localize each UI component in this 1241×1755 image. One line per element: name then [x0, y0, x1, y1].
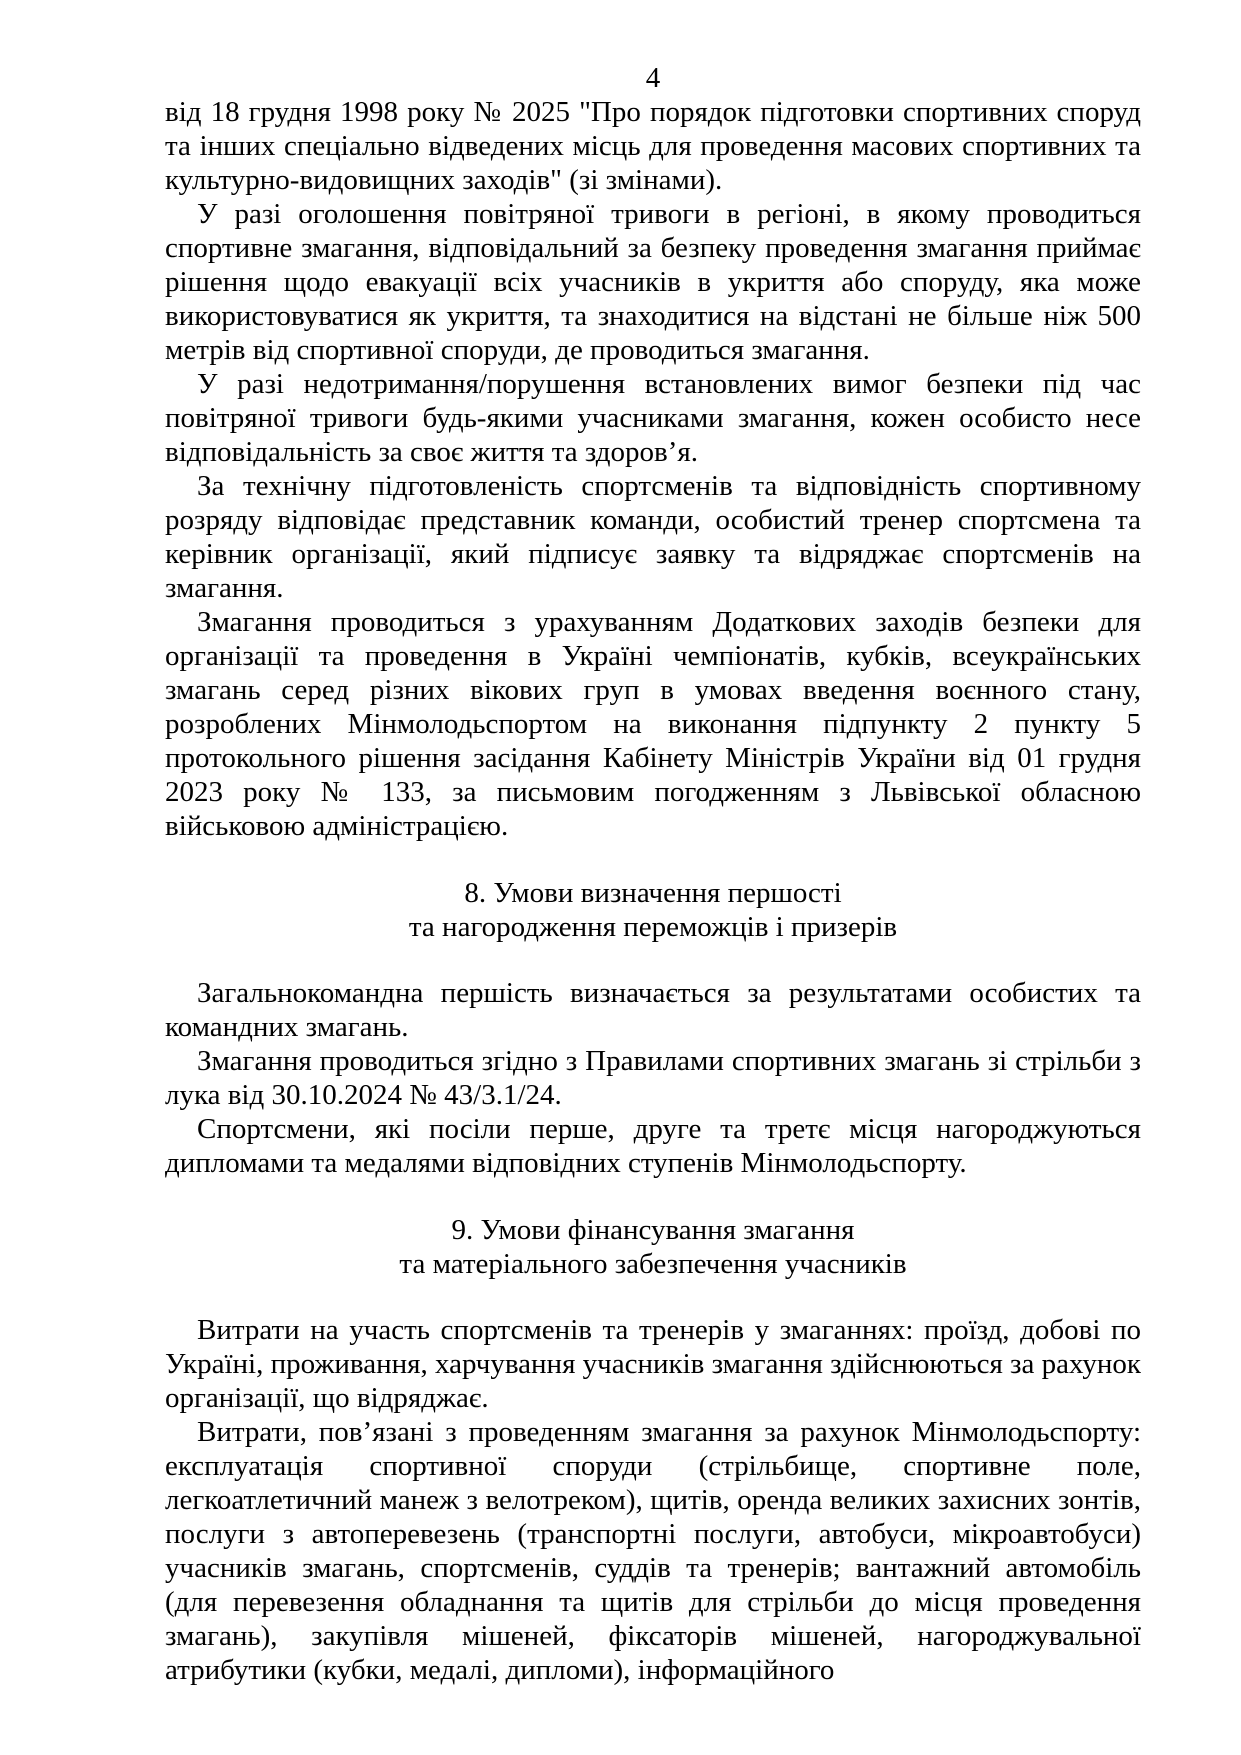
paragraph-team-standings: Загальнокомандна першість визначається з…	[165, 976, 1141, 1044]
paragraph-personal-responsibility: У разі недотримання/порушення встановлен…	[165, 367, 1141, 469]
section-9-heading-line2: та матеріального забезпечення учасників	[165, 1247, 1141, 1281]
paragraph-technical-readiness: За технічну підготовленість спортсменів …	[165, 469, 1141, 605]
section-9-heading-line1: 9. Умови фінансування змагання	[165, 1213, 1141, 1247]
document-page: 4 від 18 грудня 1998 року № 2025 "Про по…	[0, 0, 1241, 1755]
paragraph-additional-safety-measures: Змагання проводиться з урахуванням Додат…	[165, 605, 1141, 843]
section-8-heading: 8. Умови визначення першості та нагородж…	[165, 876, 1141, 944]
paragraph-participation-costs: Витрати на участь спортсменів та тренері…	[165, 1313, 1141, 1415]
paragraph-ministry-costs: Витрати, пов’язані з проведенням змаганн…	[165, 1415, 1141, 1687]
paragraph-archery-rules: Змагання проводиться згідно з Правилами …	[165, 1044, 1141, 1112]
section-8-heading-line2: та нагородження переможців і призерів	[165, 910, 1141, 944]
section-9-heading: 9. Умови фінансування змагання та матері…	[165, 1213, 1141, 1281]
section-8-heading-line1: 8. Умови визначення першості	[165, 876, 1141, 910]
page-number: 4	[165, 61, 1141, 95]
paragraph-awards: Спортсмени, які посіли перше, друге та т…	[165, 1112, 1141, 1180]
paragraph-air-alarm-evacuation: У разі оголошення повітряної тривоги в р…	[165, 197, 1141, 367]
paragraph-regulation-reference: від 18 грудня 1998 року № 2025 "Про поря…	[165, 95, 1141, 197]
